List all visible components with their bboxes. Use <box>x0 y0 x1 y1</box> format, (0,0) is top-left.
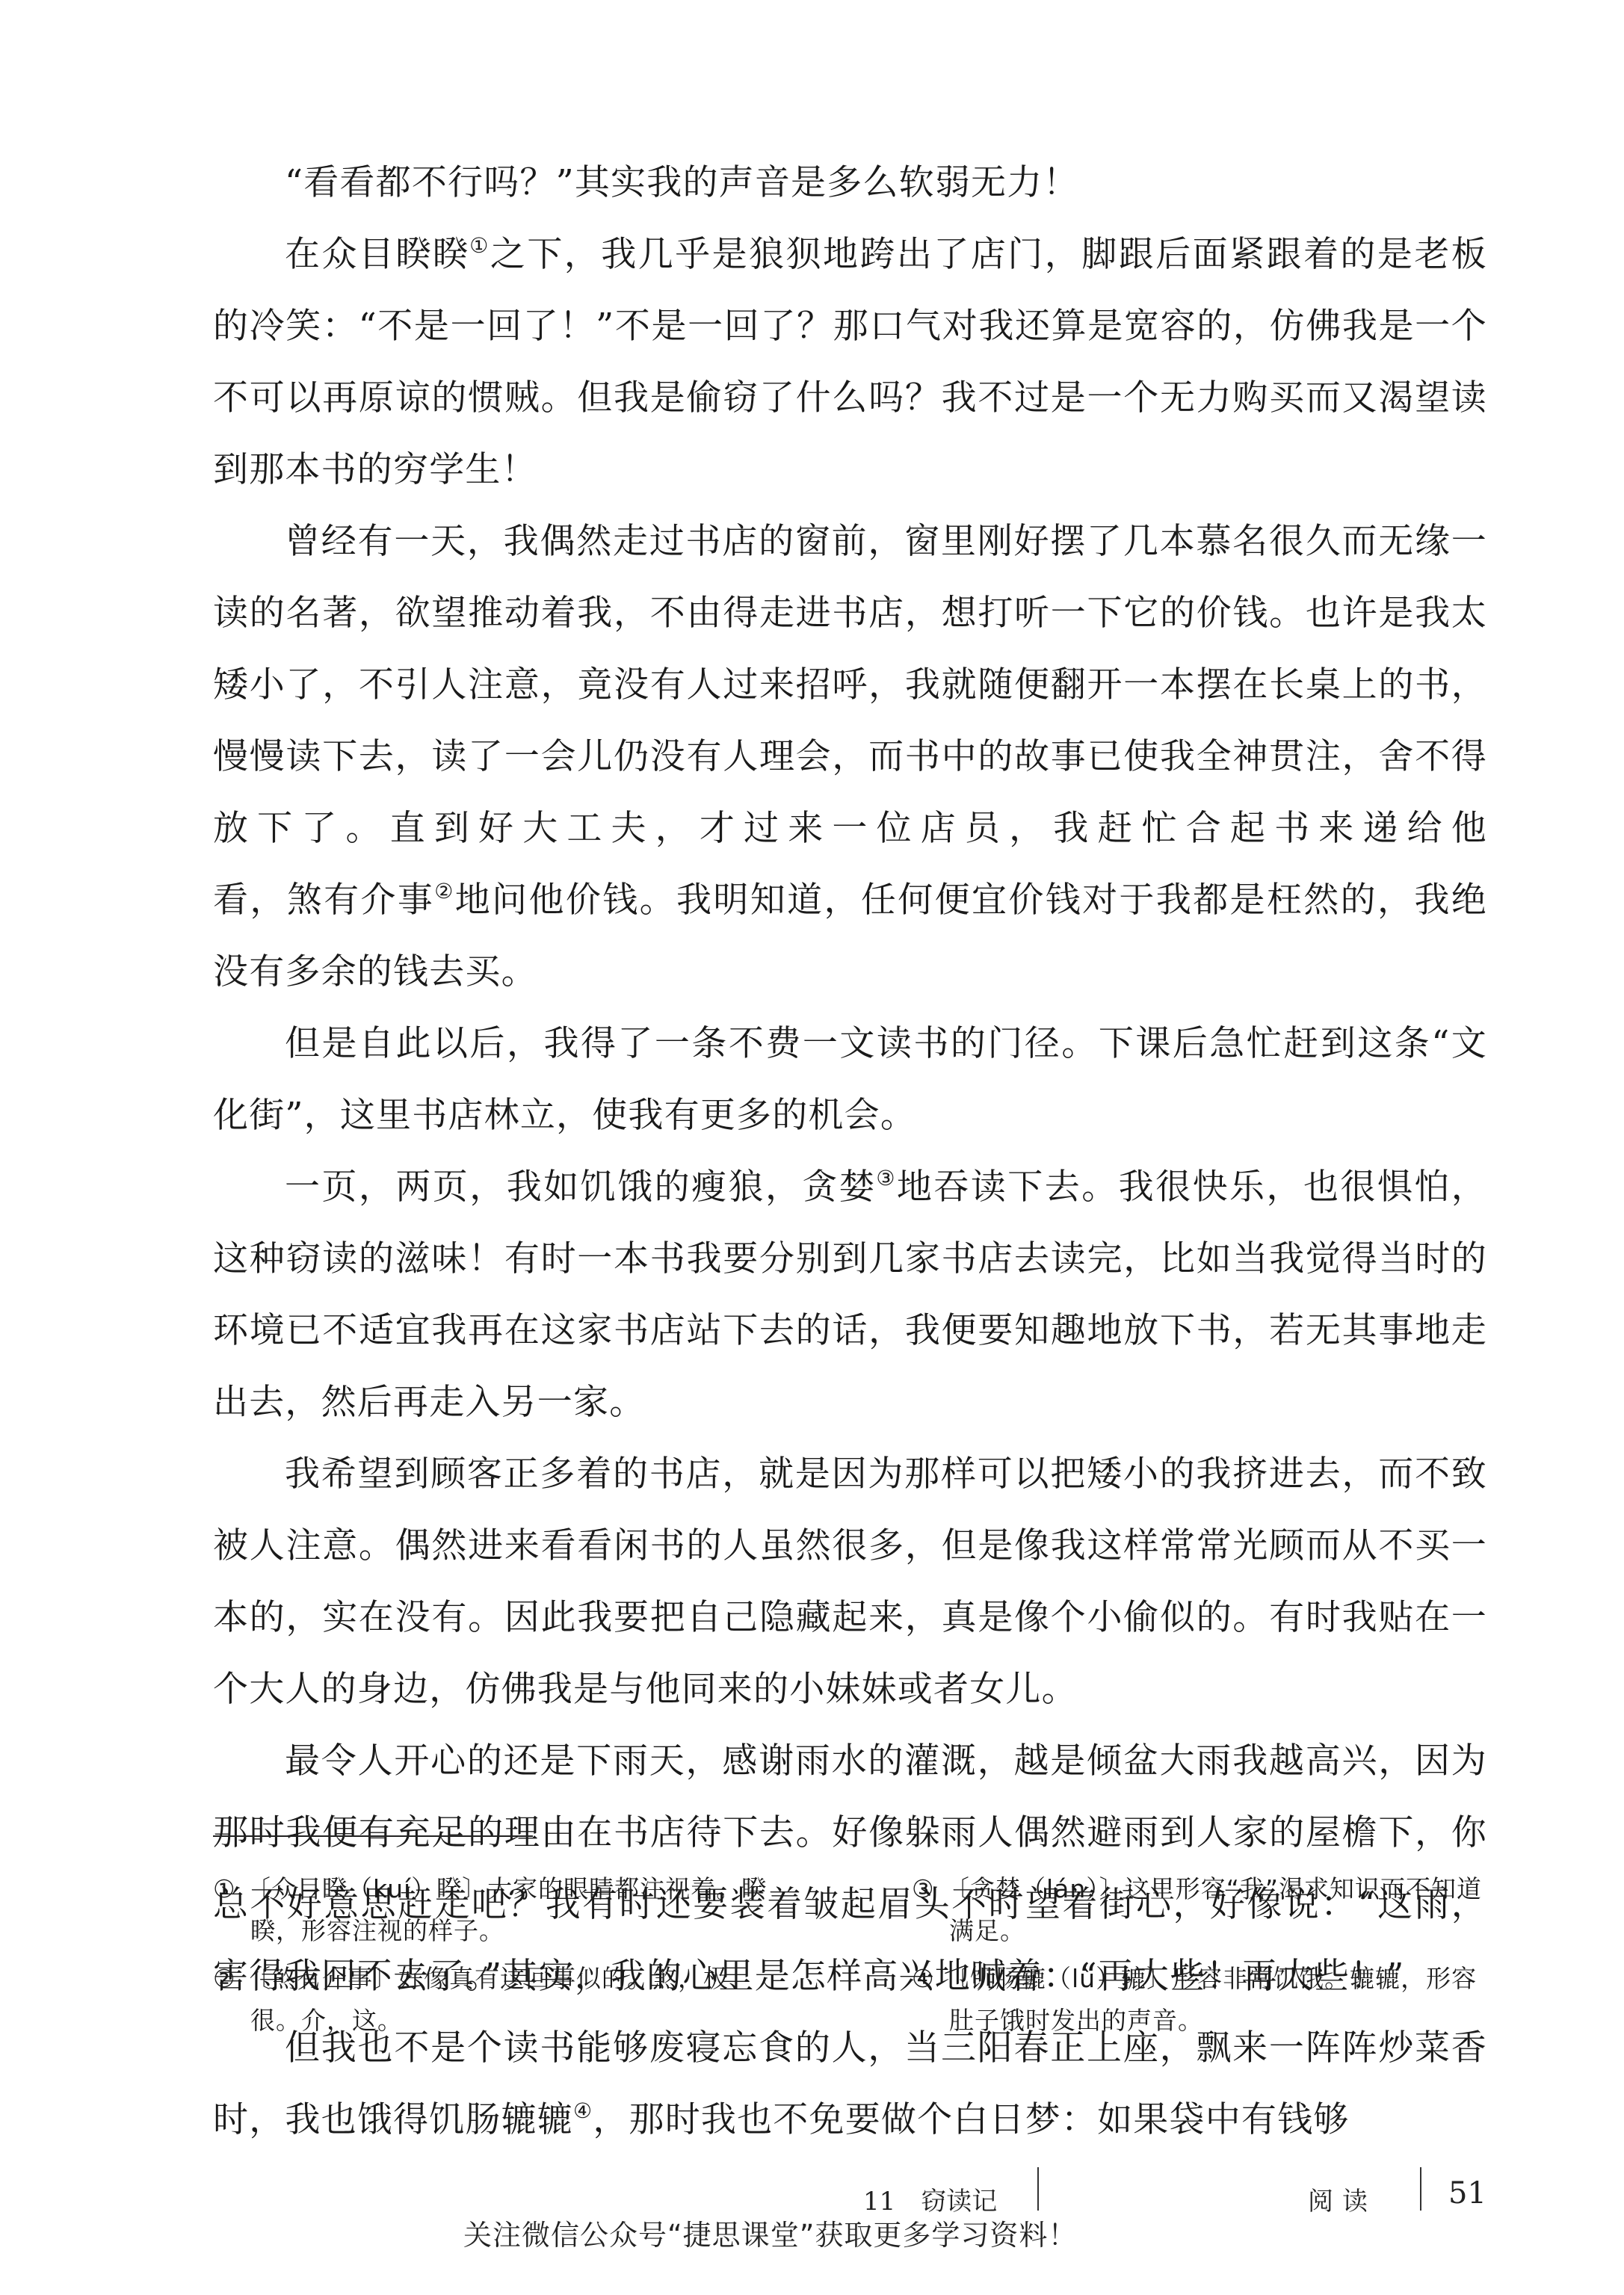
article-body: “看看都不行吗？”其实我的声音是多么软弱无力！ 在众目睽睽①之下，我几乎是狼狈地… <box>213 147 1487 2156</box>
paragraph: “看看都不行吗？”其实我的声音是多么软弱无力！ <box>213 147 1487 219</box>
footnote-text: 〔众目睽（kuí）睽〕大家的眼睛都注视着。睽睽，形容注视的样子。 <box>246 1874 767 1945</box>
paragraph-text: ，那时我也不免要做个白日梦：如果袋中有钱够 <box>593 2099 1349 2140</box>
paragraph: 我希望到顾客正多着的书店，就是因为那样可以把矮小的我挤进去，而不致被人注意。偶然… <box>213 1439 1487 1726</box>
footnote-text: 〔煞有介事〕好像真有这回事似的。煞，极、很。介，这。 <box>246 1964 754 2035</box>
section-label: 阅读 <box>1308 2181 1377 2217</box>
footnote-number: ② <box>213 1958 246 2000</box>
footnote-number: ③ <box>912 1868 945 1910</box>
footnote-text: 〔贪婪（lán）〕这里形容“我”渴求知识而不知道满足。 <box>945 1874 1482 1945</box>
footnote: ③〔贪婪（lán）〕这里形容“我”渴求知识而不知道满足。 <box>912 1868 1487 1952</box>
footer-divider <box>1420 2167 1421 2211</box>
footnote-ref[interactable]: ③ <box>876 1166 897 1190</box>
footnote-number: ① <box>213 1868 246 1910</box>
paragraph: 但是自此以后，我得了一条不费一文读书的门径。下课后急忙赶到这条“文化街”，这里书… <box>213 1008 1487 1152</box>
footnote: ①〔众目睽（kuí）睽〕大家的眼睛都注视着。睽睽，形容注视的样子。 <box>213 1868 788 1952</box>
paragraph-text: 曾经有一天，我偶然走过书店的窗前，窗里刚好摆了几本慕名很久而无缘一读的名著，欲望… <box>213 521 1487 849</box>
paragraph: 在众目睽睽①之下，我几乎是狼狈地跨出了店门，脚跟后面紧跟着的是老板的冷笑：“不是… <box>213 219 1487 506</box>
paragraph-text: 一页，两页，我如饥饿的瘦狼，贪婪 <box>285 1167 876 1208</box>
page-number: 51 <box>1448 2176 1486 2211</box>
footnote: ②〔煞有介事〕好像真有这回事似的。煞，极、很。介，这。 <box>213 1958 788 2042</box>
footer-divider <box>1037 2167 1039 2211</box>
footnotes-left-column: ①〔众目睽（kuí）睽〕大家的眼睛都注视着。睽睽，形容注视的样子。 ②〔煞有介事… <box>213 1868 788 2048</box>
paragraph: 曾经有一天，我偶然走过书店的窗前，窗里刚好摆了几本慕名很久而无缘一读的名著，欲望… <box>213 506 1487 865</box>
paragraph-text: 看，煞有介事 <box>213 880 434 921</box>
paragraph-text: 在众目睽睽 <box>285 234 469 275</box>
footnote-ref[interactable]: ② <box>434 879 454 904</box>
paragraph-continuation: 看，煞有介事②地问他价钱。我明知道，任何便宜价钱对于我都是枉然的，我绝没有多余的… <box>213 865 1487 1008</box>
footnote-ref[interactable]: ④ <box>573 2098 593 2123</box>
footnote-divider <box>213 1835 533 1837</box>
footnote-number: ④ <box>912 1958 945 2000</box>
watermark-text: 关注微信公众号“捷思课堂”获取更多学习资料！ <box>463 2212 1077 2253</box>
footnotes: ①〔众目睽（kuí）睽〕大家的眼睛都注视着。睽睽，形容注视的样子。 ②〔煞有介事… <box>213 1868 1487 2048</box>
footnote: ④〔饥肠辘（lù）辘〕形容非常饥饿。辘辘，形容肚子饿时发出的声音。 <box>912 1958 1487 2042</box>
paragraph: 一页，两页，我如饥饿的瘦狼，贪婪③地吞读下去。我很快乐，也很惧怕，这种窃读的滋味… <box>213 1152 1487 1439</box>
footnote-text: 〔饥肠辘（lù）辘〕形容非常饥饿。辘辘，形容肚子饿时发出的声音。 <box>945 1964 1477 2035</box>
footnote-ref[interactable]: ① <box>469 233 490 258</box>
footnotes-right-column: ③〔贪婪（lán）〕这里形容“我”渴求知识而不知道满足。 ④〔饥肠辘（lù）辘〕… <box>912 1868 1487 2048</box>
